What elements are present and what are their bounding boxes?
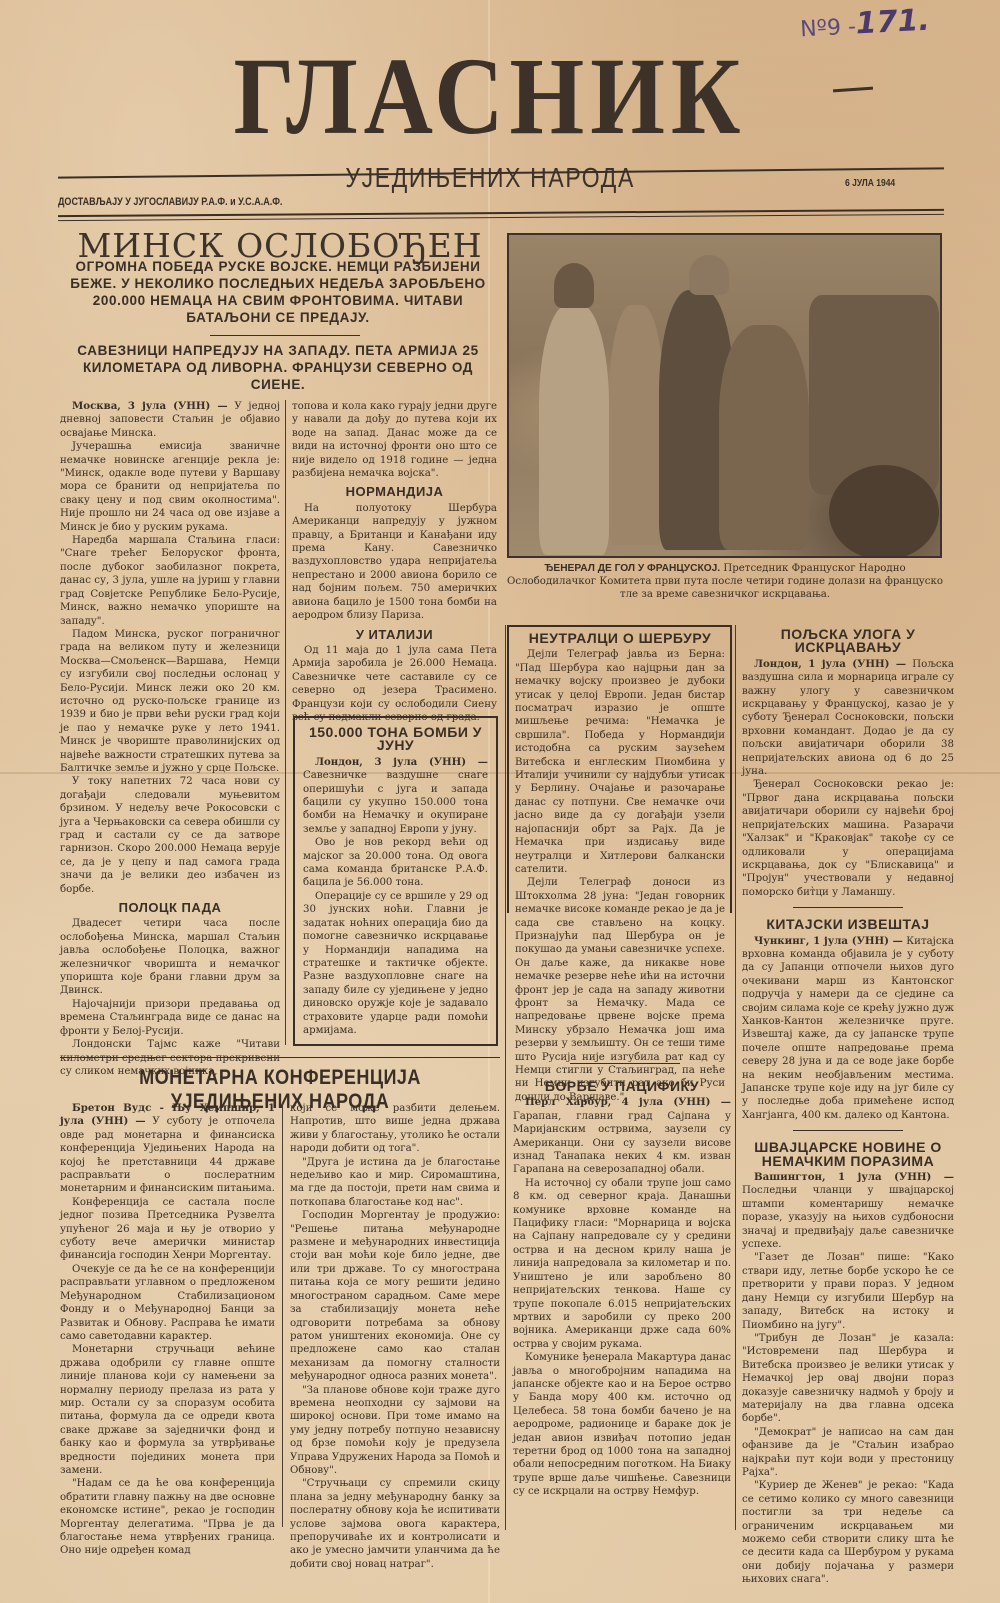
- pacific-column: БОРБЕ У ПАЦИФИКУ Перл Харбур, 4 јула (УН…: [513, 1080, 731, 1499]
- column-divider: [505, 625, 506, 1530]
- column-divider: [285, 400, 286, 1045]
- column-3: НЕУТРАЛЦИ О ШЕРБУРУ Дејли Телеграф јавља…: [515, 632, 725, 1104]
- neutrals-heading: НЕУТРАЛЦИ О ШЕРБУРУ: [515, 632, 725, 645]
- italy-heading: У ИТАЛИЈИ: [292, 628, 497, 641]
- newspaper-page: Nº9 -171. ГЛАСНИК УЈЕДИЊЕНИХ НАРОДА 6 ЈУ…: [0, 0, 1000, 1603]
- archive-number-handwritten: Nº9 -171.: [799, 3, 930, 45]
- column-1: Москва, 3 јула (УНН) — У једној дневној …: [60, 400, 280, 1078]
- swiss-heading: ШВАЈЦАРСКЕ НОВИНЕ О НЕМАЧКИМ ПОРАЗИМА: [742, 1141, 954, 1168]
- polish-heading: ПОЉСКА УЛОГА У ИСКРЦАВАЊУ: [742, 628, 954, 655]
- newspaper-title: ГЛАСНИК: [0, 41, 990, 151]
- monetary-column-1: Бретон Вудс - Њу Хемпшир, 1 јула (УНН) —…: [60, 1102, 275, 1558]
- normandy-heading: НОРМАНДИЈА: [292, 485, 497, 498]
- photo-caption: ЂЕНЕРАЛ ДЕ ГОЛ У ФРАНЦУСКОЈ. Претседник …: [505, 562, 945, 601]
- pacific-heading: БОРБЕ У ПАЦИФИКУ: [513, 1080, 731, 1093]
- monetary-top-rule: [60, 1057, 500, 1058]
- china-heading: КИТАЈСКИ ИЗВЕШТАЈ: [742, 918, 954, 931]
- column-divider: [282, 1102, 283, 1527]
- polotsk-heading: ПОЛОЦК ПАДА: [60, 901, 280, 914]
- bombs-heading: 150.000 ТОНА БОМБИ У ЈУНУ: [303, 726, 488, 753]
- neutrals-end-rule: [570, 1063, 680, 1064]
- issue-date: 6 ЈУЛА 1944: [845, 178, 895, 189]
- main-deck-2: САВЕЗНИЦИ НАПРЕДУЈУ НА ЗАПАДУ. ПЕТА АРМИ…: [58, 342, 498, 393]
- monetary-column-2: који се може разбити делењем. Напротив, …: [290, 1102, 500, 1571]
- column-2: топова и кола како гурају једни друге у …: [292, 400, 497, 724]
- delivery-line: ДОСТАВЉАЈУ У ЈУГОСЛАВИЈУ Р.А.Ф. и У.С.А.…: [58, 196, 282, 208]
- masthead-rule-bottom: [58, 209, 944, 217]
- newspaper-subtitle: УЈЕДИЊЕНИХ НАРОДА: [80, 162, 900, 194]
- photo-de-gaulle: [507, 233, 942, 558]
- column-4: ПОЉСКА УЛОГА У ИСКРЦАВАЊУ Лондон, 1 јула…: [742, 628, 954, 1587]
- column-divider: [735, 625, 736, 1530]
- main-story-lead: Москва, 3 јула (УНН) — У једној дневној …: [60, 400, 280, 440]
- deck-divider: [210, 335, 360, 336]
- main-deck-1: ОГРОМНА ПОБЕДА РУСКЕ ВОЈСКЕ. НЕМЦИ РАЗБИ…: [58, 258, 498, 326]
- bombs-box: 150.000 ТОНА БОМБИ У ЈУНУ Лондон, 3 јула…: [293, 716, 498, 1046]
